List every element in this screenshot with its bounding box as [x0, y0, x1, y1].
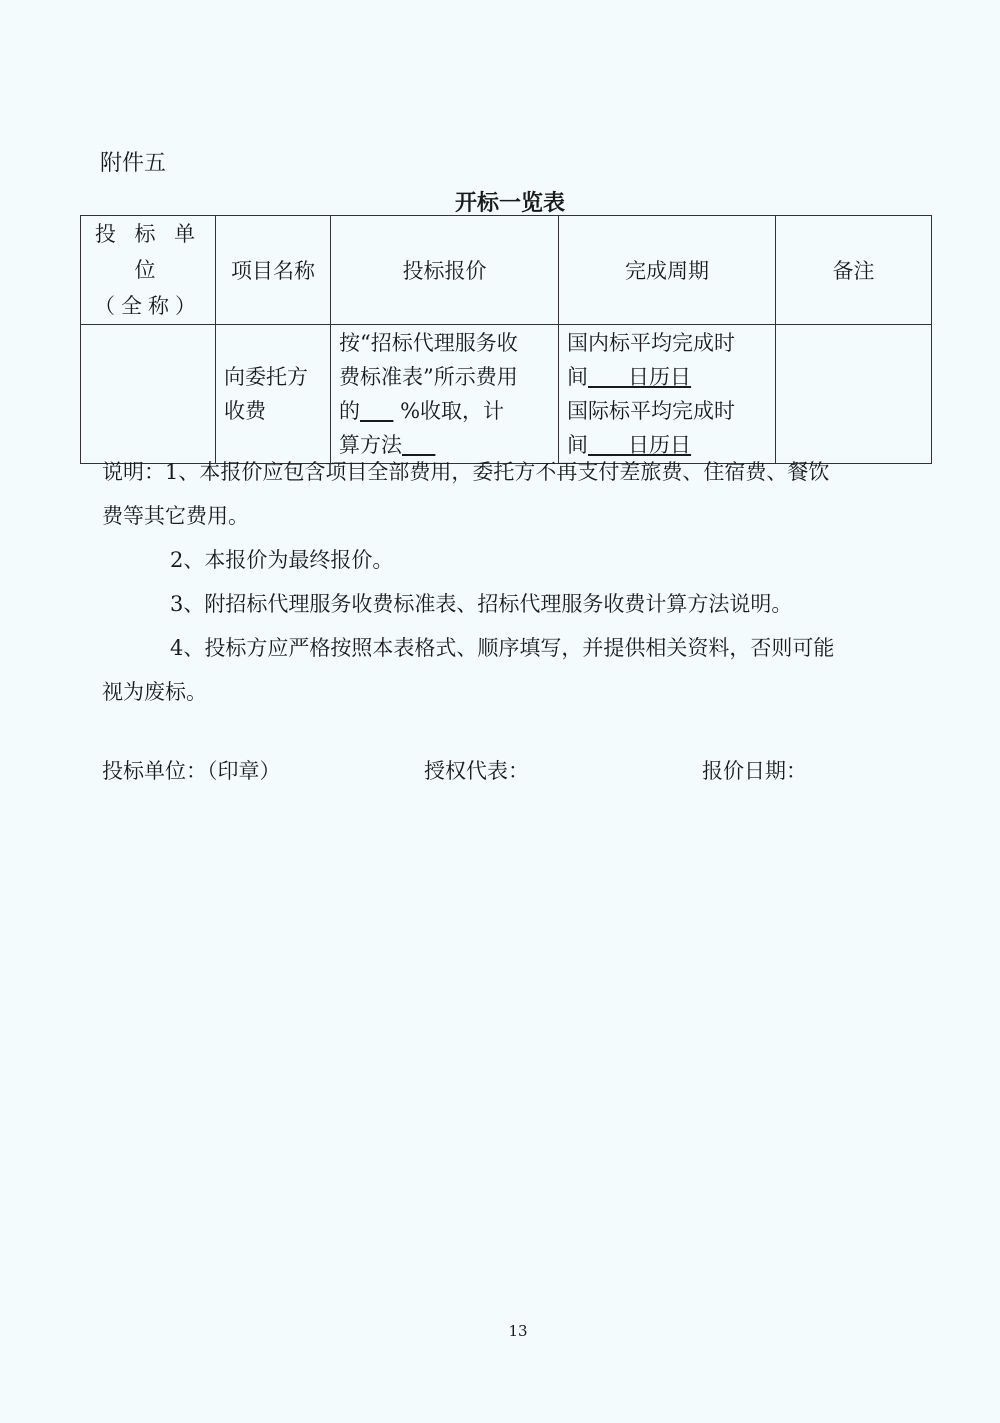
notes-section: 说明：1、本报价应包含项目全部费用，委托方不再支付差旅费、住宿费、餐饮 费等其它… — [102, 450, 932, 714]
signature-quote-date: 报价日期： — [702, 755, 807, 785]
note-3: 3、附招标代理服务收费标准表、招标代理服务收费计算方法说明。 — [102, 582, 932, 626]
note-4: 4、投标方应严格按照本表格式、顺序填写，并提供相关资料，否则可能 — [102, 626, 932, 670]
cell-completion-period: 国内标平均完成时 间 日历日 国际标平均完成时 间 日历日 — [559, 325, 776, 464]
table-header-row: 投 标 单 位 （全称） 项目名称 投标报价 完成周期 备注 — [81, 216, 932, 325]
signature-bidder-unit: 投标单位：（印章） — [102, 755, 281, 785]
header-bid-price: 投标报价 — [331, 216, 559, 325]
cell-bid-price: 按“招标代理服务收 费标准表”所示费用 的 %收取，计 算方法 — [331, 325, 559, 464]
cell-bidder-unit[interactable] — [81, 325, 216, 464]
table-row: 向委托方 收费 按“招标代理服务收 费标准表”所示费用 的 %收取，计 算方法 … — [81, 325, 932, 464]
note-2: 2、本报价为最终报价。 — [102, 538, 932, 582]
bid-summary-table: 投 标 单 位 （全称） 项目名称 投标报价 完成周期 备注 向委托方 收费 按… — [80, 215, 932, 464]
attachment-label: 附件五 — [100, 146, 166, 177]
note-1-cont: 费等其它费用。 — [102, 494, 932, 538]
note-4-cont: 视为废标。 — [102, 670, 932, 714]
note-1: 说明：1、本报价应包含项目全部费用，委托方不再支付差旅费、住宿费、餐饮 — [102, 450, 932, 494]
document-title: 开标一览表 — [0, 186, 1000, 217]
header-project-name: 项目名称 — [216, 216, 331, 325]
domestic-days-blank[interactable]: 日历日 — [588, 365, 691, 389]
header-completion-period: 完成周期 — [559, 216, 776, 325]
page-number: 13 — [0, 1322, 1000, 1340]
signature-authorized-rep: 授权代表： — [424, 755, 529, 785]
cell-project-name: 向委托方 收费 — [216, 325, 331, 464]
header-bidder-unit: 投 标 单 位 （全称） — [81, 216, 216, 325]
cell-remarks[interactable] — [776, 325, 932, 464]
header-remarks: 备注 — [776, 216, 932, 325]
percent-blank[interactable] — [360, 399, 393, 423]
